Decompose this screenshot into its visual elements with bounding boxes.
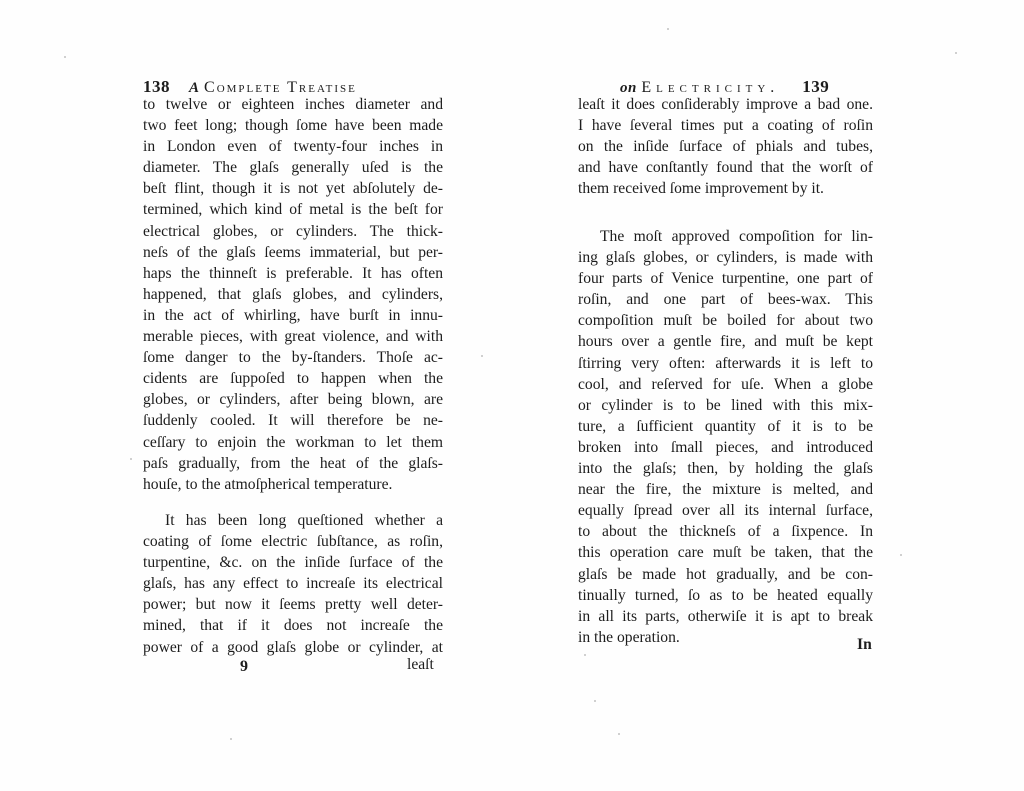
paragraph: The moſt approved compoſition for lin- i… (578, 226, 873, 648)
catchword: leaſt (407, 656, 434, 674)
right-page: on Electricity. 139 leaſt it does conſid… (512, 0, 1024, 791)
scan-speck (230, 738, 232, 740)
text-line: ſuddenly cooled. It will therefore be ne… (143, 410, 443, 431)
text-line: into the glaſs; then, by holding the gla… (578, 458, 873, 479)
text-line: ceſſary to enjoin the workman to let the… (143, 432, 443, 453)
text-line: electrical globes, or cylinders. The thi… (143, 221, 443, 242)
text-line: in London even of twenty-four inches in (143, 136, 443, 157)
scan-speck (900, 554, 902, 556)
text-line: ture, a ſufficient quantity of it is to … (578, 416, 873, 437)
scan-speck (667, 28, 669, 30)
text-line: to about the thickneſs of a ſixpence. In (578, 521, 873, 542)
scan-speck (130, 458, 132, 460)
text-line: near the fire, the mixture is melted, an… (578, 479, 873, 500)
text-line: in the act of whirling, have burſt in in… (143, 305, 443, 326)
text-line: or cylinder is to be lined with this mix… (578, 395, 873, 416)
text-line: in all its parts, otherwiſe it is apt to… (578, 606, 873, 627)
text-line: mined, that if it does not increaſe the (143, 615, 443, 636)
text-line: coating of ſome electric ſubſtance, as r… (143, 531, 443, 552)
text-line: power of a good glaſs globe or cylinder,… (143, 637, 443, 658)
text-line: termined, which kind of metal is the beſ… (143, 199, 443, 220)
scan-speck (584, 654, 586, 656)
scan-speck (64, 56, 66, 58)
scan-speck (146, 647, 148, 649)
text-line: haps the thinneſt is preferable. It has … (143, 263, 443, 284)
paragraph: leaſt it does conſiderably improve a bad… (578, 94, 873, 199)
text-line: in the operation. (578, 627, 873, 648)
text-line: glaſs be made hot gradually, and be con- (578, 564, 873, 585)
text-line: diameter. The glaſs generally uſed is th… (143, 157, 443, 178)
text-line: The moſt approved compoſition for lin- (578, 226, 873, 247)
text-line: on the inſide ſurface of phials and tube… (578, 136, 873, 157)
paragraph: It has been long queſtioned whether a co… (143, 510, 443, 658)
book-spread: 138 A Complete Treatise to twelve or eig… (0, 0, 1024, 791)
text-line: turpentine, &c. on the inſide ſurface of… (143, 552, 443, 573)
text-line: ing glaſs globes, or cylinders, is made … (578, 247, 873, 268)
catchword: In (857, 636, 872, 654)
text-line: merable pieces, with great violence, and… (143, 326, 443, 347)
text-line: houſe, to the atmoſpherical temperature. (143, 474, 443, 495)
text-line: cool, and reſerved for uſe. When a globe (578, 374, 873, 395)
paragraph: to twelve or eighteen inches diameter an… (143, 94, 443, 495)
text-line: power; but now it ſeems pretty well dete… (143, 594, 443, 615)
scan-speck (594, 700, 596, 702)
text-line: I have ſeveral times put a coating of ro… (578, 115, 873, 136)
text-line: globes, or cylinders, after being blown,… (143, 389, 443, 410)
text-line: broken into ſmall pieces, and introduced (578, 437, 873, 458)
left-page: 138 A Complete Treatise to twelve or eig… (0, 0, 512, 791)
scan-speck (618, 733, 620, 735)
text-line: ſome danger to the by-ſtanders. Thoſe ac… (143, 347, 443, 368)
text-line: neſs of the glaſs ſeems immaterial, but … (143, 242, 443, 263)
signature-mark: 9 (240, 658, 248, 676)
text-line: roſin, and one part of bees-wax. This (578, 289, 873, 310)
text-line: glaſs, has any effect to increaſe its el… (143, 573, 443, 594)
text-line: hours over a gentle fire, and muſt be ke… (578, 331, 873, 352)
text-line: beſt flint, though it is not yet abſolut… (143, 178, 443, 199)
text-line: and have conſtantly found that the worſt… (578, 157, 873, 178)
text-line: four parts of Venice turpentine, one par… (578, 268, 873, 289)
text-line: ſtirring very often: afterwards it is le… (578, 353, 873, 374)
text-line: cidents are ſuppoſed to happen when the (143, 368, 443, 389)
text-line: this operation care muſt be taken, that … (578, 542, 873, 563)
text-line: leaſt it does conſiderably improve a bad… (578, 94, 873, 115)
text-line: happened, that glaſs globes, and cylinde… (143, 284, 443, 305)
text-line: It has been long queſtioned whether a (143, 510, 443, 531)
text-line: equally ſpread over all its internal ſur… (578, 500, 873, 521)
text-line: to twelve or eighteen inches diameter an… (143, 94, 443, 115)
text-line: paſs gradually, from the heat of the gla… (143, 453, 443, 474)
scan-speck (955, 52, 957, 54)
text-line: them received ſome improvement by it. (578, 178, 873, 199)
text-line: tinually turned, ſo as to be heated equa… (578, 585, 873, 606)
scan-speck (481, 355, 483, 357)
text-line: two feet long; though ſome have been mad… (143, 115, 443, 136)
text-line: compoſition muſt be boiled for about two (578, 310, 873, 331)
